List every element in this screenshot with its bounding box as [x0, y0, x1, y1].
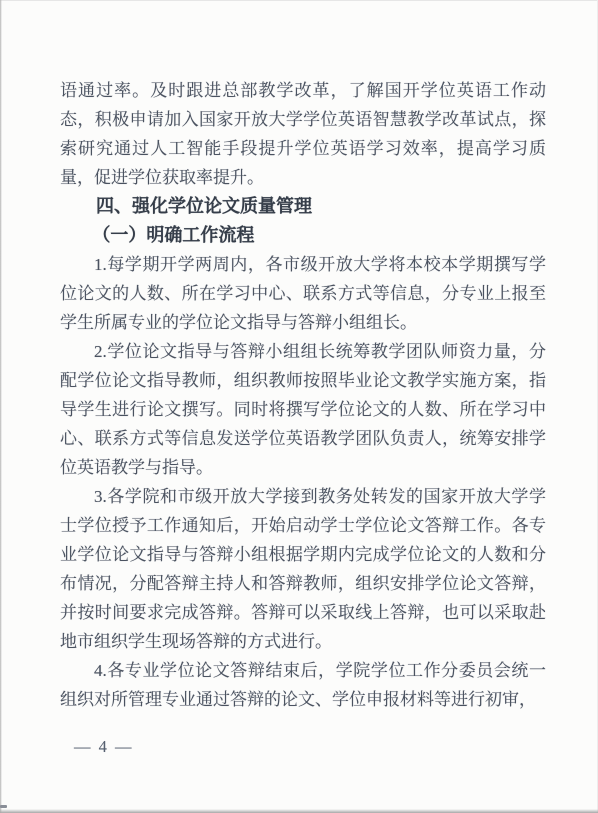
paragraph-item-1: 1.每学期开学两周内，各市级开放大学将本校本学期撰写学位论文的人数、所在学习中心…	[60, 250, 546, 337]
paragraph-item-4: 4.各专业学位论文答辩结束后，学院学位工作分委员会统一组织对所管理专业通过答辩的…	[60, 656, 546, 714]
scan-corner-speck	[0, 805, 7, 808]
page-number: — 4 —	[74, 737, 134, 757]
scan-edge-bottom	[0, 809, 598, 813]
paragraph-continuation: 语通过率。及时跟进总部教学改革，了解国开学位英语工作动态，积极申请加入国家开放大…	[60, 76, 546, 192]
document-page: 语通过率。及时跟进总部教学改革，了解国开学位英语工作动态，积极申请加入国家开放大…	[0, 0, 598, 813]
paragraph-item-3: 3.各学院和市级开放大学接到教务处转发的国家开放大学学士学位授予工作通知后，开始…	[60, 482, 546, 656]
paragraph-item-2: 2.学位论文指导与答辩小组组长统筹教学团队师资力量，分配学位论文指导教师，组织教…	[60, 337, 546, 482]
document-body: 语通过率。及时跟进总部教学改革，了解国开学位英语工作动态，积极申请加入国家开放大…	[60, 76, 546, 714]
section-heading: 四、强化学位论文质量管理	[60, 192, 546, 221]
scan-edge-top	[0, 0, 598, 1]
scan-edge-left	[0, 0, 2, 813]
subsection-heading: （一）明确工作流程	[60, 221, 546, 250]
